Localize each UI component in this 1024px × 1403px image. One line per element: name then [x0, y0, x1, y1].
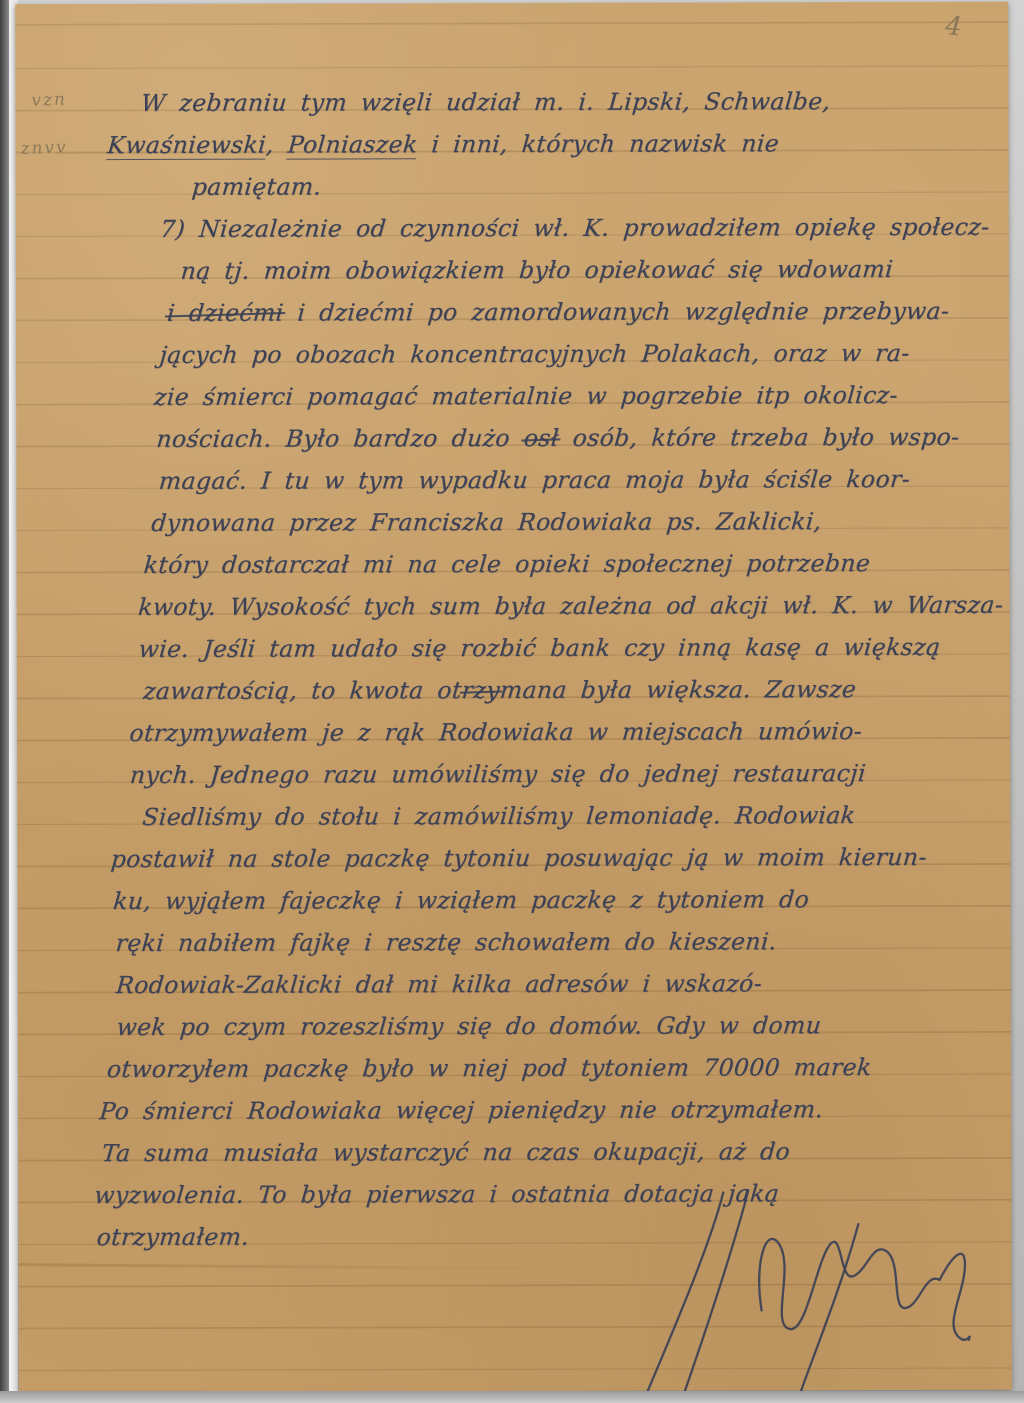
handwritten-segment: wie. Jeśli tam udało się rozbić bank czy… [138, 633, 942, 663]
handwritten-segment: Polniaszek [287, 130, 419, 159]
scanner-edge-shadow [0, 0, 9, 1403]
handwritten-line: 7) Niezależnie od czynności wł. K. prowa… [159, 206, 1024, 250]
handwritten-line: i dziećmi i dziećmi po zamordowanych wzg… [165, 290, 1022, 334]
handwritten-segment: W zebraniu tym wzięli udział m. i. Lipsk… [140, 87, 832, 117]
handwritten-line: otworzyłem paczkę było w niej pod tytoni… [105, 1046, 958, 1090]
handwritten-segment: kwoty. Wysokość tych sum była zależna od… [137, 591, 1004, 621]
handwritten-line: otrzymywałem je z rąk Rodowiaka w miejsc… [128, 710, 987, 754]
handwritten-line: pamiętam. [190, 164, 1024, 208]
handwritten-line: kwoty. Wysokość tych sum była zależna od… [136, 584, 997, 628]
handwritten-segment: ną tj. moim obowiązkiem było opiekować s… [180, 255, 895, 285]
handwritten-segment: wek po czym rozeszliśmy się do domów. Gd… [115, 1011, 822, 1041]
handwritten-segment: otrzymywałem je z rąk Rodowiaka w miejsc… [128, 717, 863, 747]
handwritten-segment: magać. I tu w tym wypadku praca moja był… [158, 465, 912, 495]
handwritten-segment: Rodowiak-Zaklicki dał mi kilka adresów i… [115, 969, 763, 999]
handwritten-segment: mana była większa. Zawsze [499, 675, 858, 704]
handwritten-segment: zie śmierci pomagać materialnie w pogrze… [153, 381, 899, 411]
handwritten-line: wek po czym rozeszliśmy się do domów. Gd… [115, 1004, 962, 1048]
handwritten-segment: otworzyłem paczkę było w niej pod tytoni… [106, 1053, 873, 1083]
handwritten-line: Ta suma musiała wystarczyć na czas okupa… [100, 1130, 951, 1174]
handwritten-line: ręki nabiłem fajkę i resztę schowałem do… [114, 920, 969, 964]
handwritten-segment: dynowana przez Franciszka Rodowiaka ps. … [150, 507, 823, 537]
handwritten-line: postawił na stole paczkę tytoniu posuwaj… [109, 836, 976, 880]
handwritten-line: Siedliśmy do stołu i zamówiliśmy lemonia… [141, 794, 980, 838]
handwritten-segment: Kwaśniewski [106, 131, 267, 160]
signature-scribble [556, 1188, 987, 1403]
handwritten-segment: nościach. Było bardzo dużo [155, 424, 525, 453]
handwritten-line: który dostarczał mi na cele opieki społe… [142, 542, 1001, 586]
handwritten-line: dynowana przez Franciszka Rodowiaka ps. … [150, 500, 1005, 544]
page-number: 4 [945, 11, 964, 42]
handwritten-segment: i inni, których nazwisk nie [416, 129, 780, 158]
handwritten-line: zie śmierci pomagać materialnie w pogrze… [152, 374, 1015, 418]
handwritten-segment: Po śmierci Rodowiaka więcej pieniędzy ni… [98, 1095, 824, 1125]
handwritten-line: Kwaśniewski, Polniaszek i inni, których … [106, 122, 1024, 166]
struck-text: osł [523, 424, 560, 452]
paper-crease [18, 1263, 614, 1271]
handwritten-text-body: W zebraniu tym wzięli udział m. i. Lipsk… [13, 80, 1024, 1259]
handwritten-segment: , [265, 131, 289, 159]
handwritten-segment: Ta suma musiała wystarczyć na czas okupa… [101, 1137, 792, 1167]
margin-annotation: vzn [31, 90, 67, 111]
handwritten-line: jących po obozach koncentracyjnych Polak… [158, 332, 1019, 376]
handwritten-line: magać. I tu w tym wypadku praca moja był… [157, 458, 1008, 502]
handwritten-segment: który dostarczał mi na cele opieki społe… [143, 549, 872, 579]
document-page: 4 vzn znvv W zebraniu tym wzięli udział … [15, 2, 1012, 1393]
handwritten-segment: i dziećmi po zamordowanych względnie prz… [282, 297, 950, 327]
handwritten-segment: 7) Niezależnie od czynności wł. K. prowa… [159, 213, 991, 243]
handwritten-segment: ku, wyjąłem fajeczkę i wziąłem paczkę z … [112, 885, 810, 915]
handwritten-segment: osób, które trzeba było wspo- [558, 423, 961, 452]
struck-text: rzy [461, 676, 501, 704]
handwritten-segment: ręki nabiłem fajkę i resztę schowałem do… [115, 927, 778, 957]
handwritten-line: W zebraniu tym wzięli udział m. i. Lipsk… [139, 80, 1024, 124]
handwritten-line: zawartością, to kwota otrzymana była wię… [141, 668, 990, 712]
handwritten-segment: postawił na stole paczkę tytoniu posuwaj… [110, 843, 928, 873]
handwritten-line: Po śmierci Rodowiaka więcej pieniędzy ni… [98, 1088, 955, 1132]
handwritten-line: ną tj. moim obowiązkiem było opiekować s… [179, 248, 1024, 292]
margin-annotation: znvv [20, 137, 68, 159]
scanner-edge-bottom [0, 1391, 1024, 1403]
handwritten-line: ku, wyjąłem fajeczkę i wziąłem paczkę z … [112, 878, 973, 922]
handwritten-segment: zawartością, to kwota ot [142, 676, 463, 705]
handwritten-line: nościach. Było bardzo dużo osł osób, któ… [155, 416, 1012, 460]
handwritten-segment: otrzymałem. [96, 1223, 251, 1251]
handwritten-line: wie. Jeśli tam udało się rozbić bank czy… [137, 626, 994, 670]
handwritten-line: Rodowiak-Zaklicki dał mi kilka adresów i… [114, 962, 965, 1006]
handwritten-segment: nych. Jednego razu umówiliśmy się do jed… [129, 759, 867, 789]
handwritten-segment: jących po obozach koncentracyjnych Polak… [158, 339, 910, 369]
handwritten-segment: pamiętam. [191, 172, 323, 200]
handwritten-segment: Siedliśmy do stołu i zamówiliśmy lemonia… [141, 801, 856, 831]
handwritten-line: nych. Jednego razu umówiliśmy się do jed… [128, 752, 983, 796]
struck-text: i dziećmi [166, 299, 285, 327]
